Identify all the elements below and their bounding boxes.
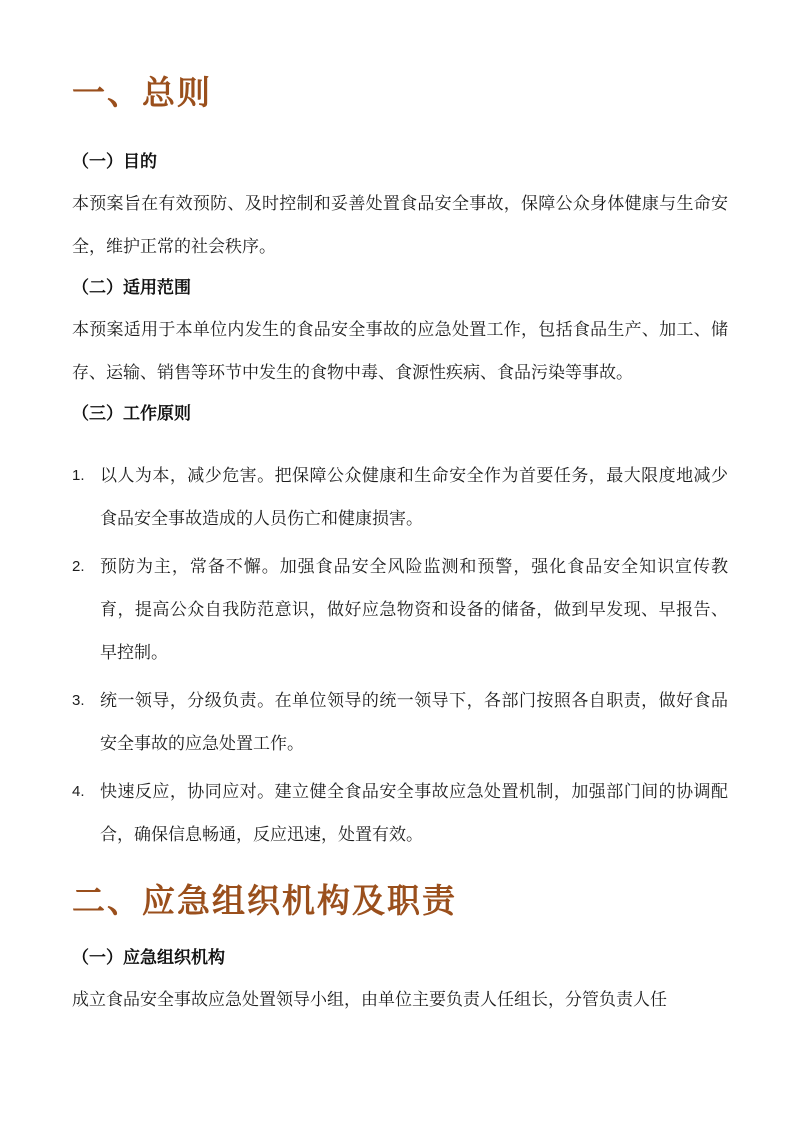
section-1-sub-3-heading: （三）工作原则 bbox=[72, 394, 728, 434]
principle-item-1-text: 以人为本，减少危害。把保障公众健康和生命安全作为首要任务，最大限度地减少食品安全… bbox=[100, 454, 728, 540]
principle-item-2-text: 预防为主，常备不懈。加强食品安全风险监测和预警，强化食品安全知识宣传教育，提高公… bbox=[100, 545, 728, 674]
purpose-paragraph: 本预案旨在有效预防、及时控制和妥善处置食品安全事故，保障公众身体健康与生命安全，… bbox=[72, 182, 728, 268]
principle-item-4: 4. 快速反应，协同应对。建立健全食品安全事故应急处置机制，加强部门间的协调配合… bbox=[72, 770, 728, 856]
organization-paragraph: 成立食品安全事故应急处置领导小组，由单位主要负责人任组长，分管负责人任 bbox=[72, 978, 728, 1021]
principle-item-3: 3. 统一领导，分级负责。在单位领导的统一领导下，各部门按照各自职责，做好食品安… bbox=[72, 679, 728, 765]
work-principles-list: 1. 以人为本，减少危害。把保障公众健康和生命安全作为首要任务，最大限度地减少食… bbox=[72, 454, 728, 856]
scope-paragraph: 本预案适用于本单位内发生的食品安全事故的应急处置工作，包括食品生产、加工、储存、… bbox=[72, 308, 728, 394]
section-1-heading: 一、总则 bbox=[72, 70, 728, 116]
principle-item-2: 2. 预防为主，常备不懈。加强食品安全风险监测和预警，强化食品安全知识宣传教育，… bbox=[72, 545, 728, 674]
document-page: 一、总则 （一）目的 本预案旨在有效预防、及时控制和妥善处置食品安全事故，保障公… bbox=[0, 0, 800, 1132]
section-2-heading: 二、应急组织机构及职责 bbox=[72, 878, 728, 924]
section-2-sub-1-heading: （一）应急组织机构 bbox=[72, 938, 728, 978]
principle-item-4-text: 快速反应，协同应对。建立健全食品安全事故应急处置机制，加强部门间的协调配合，确保… bbox=[100, 770, 728, 856]
section-1-sub-1-heading: （一）目的 bbox=[72, 142, 728, 182]
principle-item-4-number: 4. bbox=[72, 770, 100, 856]
principle-item-1-number: 1. bbox=[72, 454, 100, 540]
section-1-sub-2-heading: （二）适用范围 bbox=[72, 268, 728, 308]
principle-item-1: 1. 以人为本，减少危害。把保障公众健康和生命安全作为首要任务，最大限度地减少食… bbox=[72, 454, 728, 540]
principle-item-3-number: 3. bbox=[72, 679, 100, 765]
principle-item-3-text: 统一领导，分级负责。在单位领导的统一领导下，各部门按照各自职责，做好食品安全事故… bbox=[100, 679, 728, 765]
principle-item-2-number: 2. bbox=[72, 545, 100, 674]
